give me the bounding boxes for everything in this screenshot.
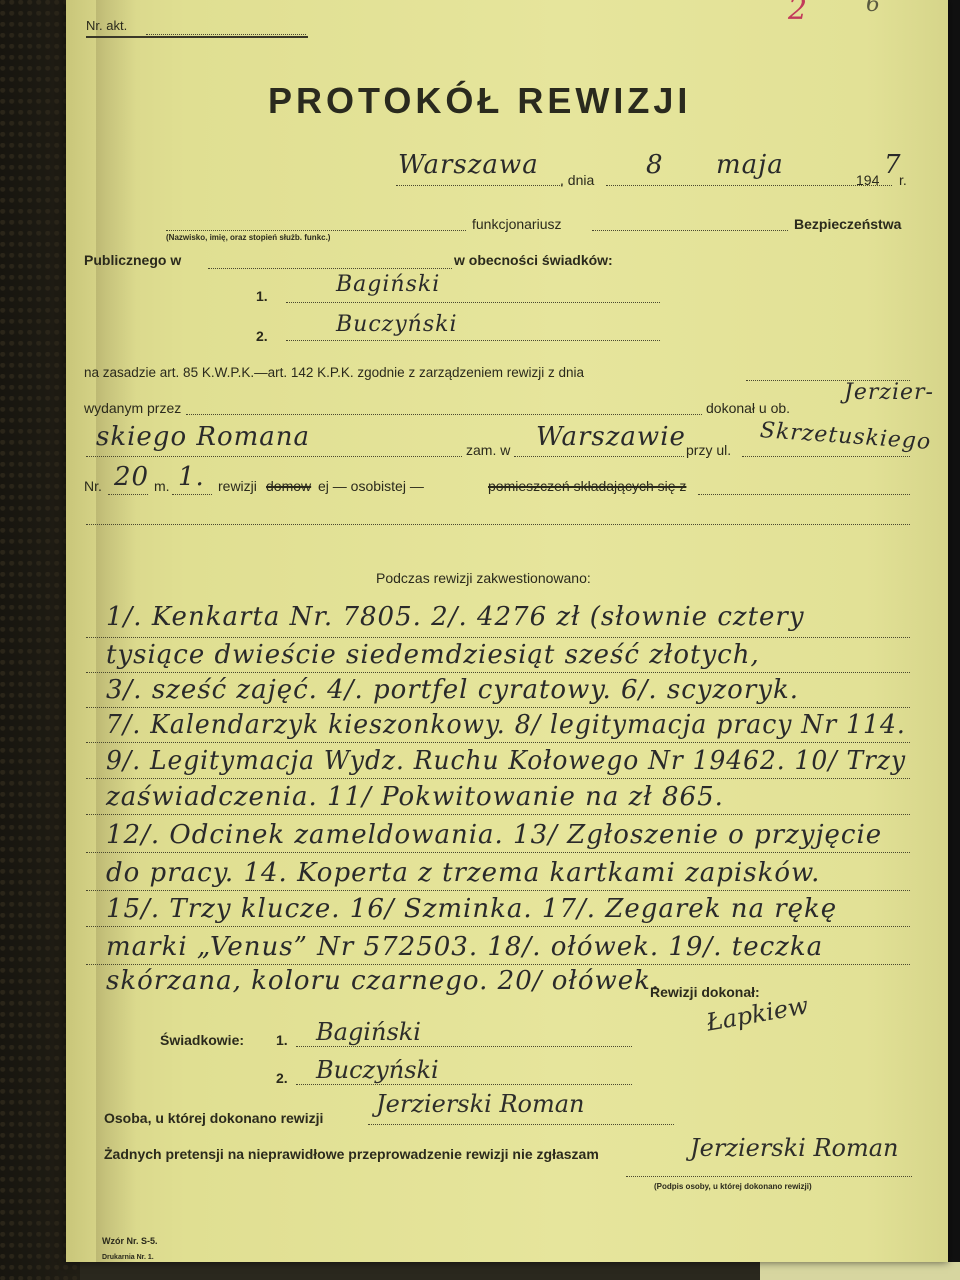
year-prefix: 194 (856, 172, 879, 188)
search-type-personal: ej — osobistej — (318, 478, 424, 494)
ruled-line (86, 707, 910, 708)
document-title: PROTOKÓŁ REWIZJI (268, 80, 691, 122)
no-claims-statement: Żadnych pretensji na nieprawidłowe przep… (104, 1146, 599, 1162)
person-name-field[interactable] (86, 456, 462, 457)
premises-field[interactable] (698, 494, 910, 495)
street-field[interactable] (742, 456, 910, 457)
seized-line: tysiące dwieście siedemdziesiąt sześć zł… (106, 640, 760, 670)
witness-signature-1-number: 1. (276, 1032, 288, 1048)
background-bottom (80, 1262, 760, 1280)
searched-person-label: Osoba, u której dokonano rewizji (104, 1110, 323, 1126)
house-number-value: 20 (114, 462, 149, 492)
witness-signature-2-field[interactable] (296, 1084, 632, 1085)
city-value: Warszawie (536, 422, 686, 452)
background-bottom-paper (760, 1262, 960, 1280)
red-annotation: 2 (788, 0, 807, 27)
day-value: 8 (646, 150, 664, 180)
file-number-field[interactable] (146, 34, 306, 35)
ruled-line (86, 814, 910, 815)
no-claims-signature-field[interactable] (626, 1176, 912, 1177)
seized-line: 3/. sześć zajęć. 4/. portfel cyratowy. 6… (106, 675, 799, 705)
searched-person-field[interactable] (368, 1124, 674, 1125)
place-field[interactable] (396, 185, 562, 186)
file-number-underline (86, 36, 308, 38)
year-suffix-label: r. (899, 172, 907, 188)
protocol-form: Nr. akt. 2 6 PROTOKÓŁ REWIZJI Warszawa ,… (66, 0, 948, 1262)
no-claims-signature: Jerzierski Roman (690, 1134, 899, 1162)
ruled-line (86, 926, 910, 927)
bezpieczenstwa-label: Bezpieczeństwa (794, 216, 901, 232)
place-value: Warszawa (398, 150, 539, 180)
background-edge (948, 0, 960, 1280)
file-number-label: Nr. akt. (86, 18, 127, 33)
person-name-part2: skiego Romana (96, 422, 310, 452)
officer-signature-label: Rewizji dokonał: (650, 984, 760, 1000)
street-value: Skrzetuskiego (759, 418, 932, 455)
seized-line: 1/. Kenkarta Nr. 7805. 2/. 4276 zł (słow… (106, 602, 805, 632)
officer-rank-field[interactable] (592, 230, 788, 231)
ruled-line (86, 852, 910, 853)
seized-heading: Podczas rewizji zakwestionowano: (376, 570, 591, 586)
seized-line: 12/. Odcinek zameldowania. 13/ Zgłoszeni… (106, 820, 882, 850)
ruled-line (86, 672, 910, 673)
publicznego-label: Publicznego w (84, 252, 181, 268)
date-field[interactable] (606, 185, 892, 186)
seized-line: marki „Venus” Nr 572503. 18/. ołówek. 19… (106, 932, 823, 962)
witness-signature-1: Bagiński (316, 1018, 421, 1046)
month-value: maja (716, 150, 784, 180)
ruled-line (86, 778, 910, 779)
witness-2-number: 2. (256, 328, 268, 344)
seized-line: 9/. Legitymacja Wydz. Ruchu Kołowego Nr … (106, 746, 906, 776)
flat-value: 1. (178, 462, 205, 492)
dokonal-label: dokonał u ob. (706, 400, 790, 416)
seized-line: do pracy. 14. Koperta z trzema kartkami … (106, 858, 820, 888)
witness-2-name: Buczyński (336, 312, 458, 337)
seized-line: 15/. Trzy klucze. 16/ Szminka. 17/. Zega… (106, 894, 837, 924)
officer-hint: (Nazwisko, imię, oraz stopień służb. fun… (166, 233, 330, 242)
flat-label: m. (154, 478, 170, 494)
search-type-label: rewizji (218, 478, 257, 494)
legal-basis-text: na zasadzie art. 85 K.W.P.K.—art. 142 K.… (84, 365, 584, 380)
officer-name-field[interactable] (166, 230, 466, 231)
residence-label: zam. w (466, 442, 510, 458)
seized-line: 7/. Kalendarzyk kieszonkowy. 8/ legityma… (106, 710, 906, 740)
issued-by-label: wydanym przez (84, 400, 181, 416)
ruled-line (86, 890, 910, 891)
issued-by-field[interactable] (186, 414, 702, 415)
searched-person-signature: Jerzierski Roman (376, 1090, 585, 1118)
seized-line: zaświadczenia. 11/ Pokwitowanie na zł 86… (106, 782, 724, 812)
witnesses-signature-label: Świadkowie: (160, 1032, 244, 1048)
ruled-line (86, 637, 910, 638)
ruled-line (86, 964, 910, 965)
search-type-home-struck: domow (266, 478, 311, 494)
witnesses-label: w obecności świadków: (454, 252, 613, 268)
house-number-label: Nr. (84, 478, 102, 494)
flat-field[interactable] (172, 494, 212, 495)
publicznego-field[interactable] (208, 268, 452, 269)
seized-line: skórzana, koloru czarnego. 20/ ołówek. (106, 966, 660, 996)
city-field[interactable] (514, 456, 684, 457)
witness-1-name: Bagiński (336, 272, 440, 297)
house-number-field[interactable] (108, 494, 148, 495)
printer-number: Drukarnia Nr. 1. (102, 1254, 154, 1261)
date-label: , dnia (560, 172, 594, 188)
witness-signature-1-field[interactable] (296, 1046, 632, 1047)
signature-hint: (Podpis osoby, u której dokonano rewizji… (654, 1182, 812, 1191)
ruled-line (86, 742, 910, 743)
premises-field-2[interactable] (86, 524, 910, 525)
witness-signature-2-number: 2. (276, 1070, 288, 1086)
form-template-number: Wzór Nr. S-5. (102, 1236, 158, 1246)
person-name-part1: Jerzier- (844, 380, 934, 405)
witness-1-number: 1. (256, 288, 268, 304)
pencil-annotation: 6 (866, 0, 880, 17)
witness-2-field[interactable] (286, 340, 660, 341)
witness-signature-2: Buczyński (316, 1056, 439, 1084)
street-label: przy ul. (686, 442, 731, 458)
search-type-premises-struck: pomieszczeń składających się z (488, 478, 686, 494)
officer-label: funkcjonariusz (472, 216, 562, 232)
witness-1-field[interactable] (286, 302, 660, 303)
